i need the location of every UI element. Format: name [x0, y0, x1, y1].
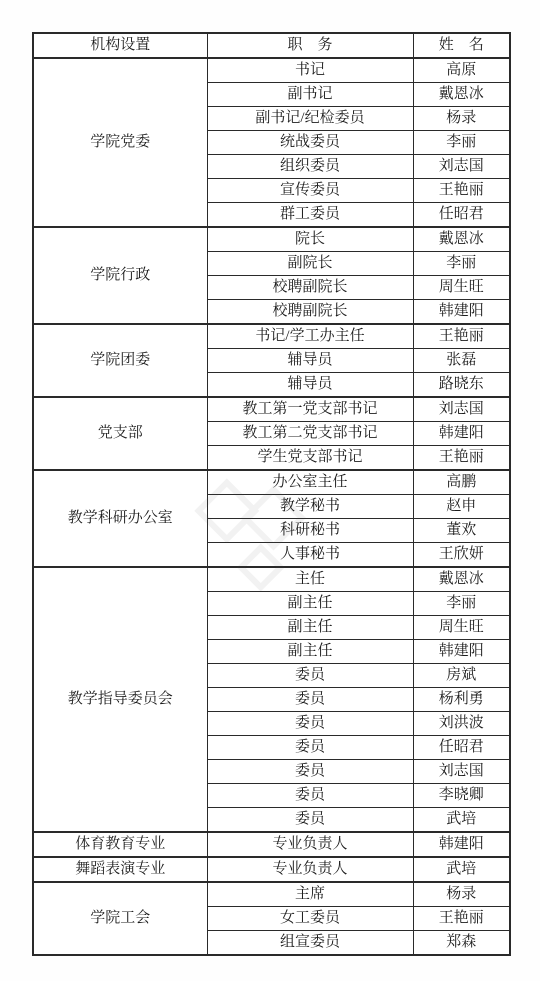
- name-cell: 房斌: [413, 664, 510, 688]
- position-cell: 教工第一党支部书记: [207, 397, 413, 422]
- org-cell: 教学科研办公室: [33, 470, 207, 567]
- position-cell: 组织委员: [207, 155, 413, 179]
- position-cell: 辅导员: [207, 349, 413, 373]
- name-cell: 王艳丽: [413, 179, 510, 203]
- header-name: 姓 名: [413, 33, 510, 58]
- name-cell: 任昭君: [413, 203, 510, 228]
- table-row: 舞蹈表演专业专业负责人武培: [33, 857, 510, 882]
- position-cell: 副主任: [207, 592, 413, 616]
- position-cell: 组宣委员: [207, 931, 413, 956]
- position-cell: 委员: [207, 784, 413, 808]
- header-position: 职 务: [207, 33, 413, 58]
- name-cell: 刘志国: [413, 760, 510, 784]
- name-cell: 武培: [413, 857, 510, 882]
- position-cell: 科研秘书: [207, 519, 413, 543]
- name-cell: 李丽: [413, 592, 510, 616]
- name-cell: 杨录: [413, 107, 510, 131]
- name-cell: 高原: [413, 58, 510, 83]
- table-row: 教学科研办公室办公室主任高鹏: [33, 470, 510, 495]
- position-cell: 委员: [207, 712, 413, 736]
- org-cell: 学院工会: [33, 882, 207, 955]
- name-cell: 董欢: [413, 519, 510, 543]
- name-cell: 戴恩冰: [413, 83, 510, 107]
- name-cell: 周生旺: [413, 276, 510, 300]
- name-cell: 李丽: [413, 252, 510, 276]
- name-cell: 杨录: [413, 882, 510, 907]
- position-cell: 副主任: [207, 640, 413, 664]
- name-cell: 李丽: [413, 131, 510, 155]
- position-cell: 副书记/纪检委员: [207, 107, 413, 131]
- name-cell: 王欣妍: [413, 543, 510, 568]
- header-org-setup: 机构设置: [33, 33, 207, 58]
- position-cell: 群工委员: [207, 203, 413, 228]
- table-row: 学院团委书记/学工办主任王艳丽: [33, 324, 510, 349]
- name-cell: 郑森: [413, 931, 510, 956]
- position-cell: 统战委员: [207, 131, 413, 155]
- position-cell: 委员: [207, 808, 413, 833]
- position-cell: 学生党支部书记: [207, 446, 413, 471]
- name-cell: 戴恩冰: [413, 567, 510, 592]
- position-cell: 教学秘书: [207, 495, 413, 519]
- position-cell: 院长: [207, 227, 413, 252]
- position-cell: 主席: [207, 882, 413, 907]
- org-cell: 党支部: [33, 397, 207, 470]
- name-cell: 武培: [413, 808, 510, 833]
- position-cell: 委员: [207, 736, 413, 760]
- table-header-row: 机构设置 职 务 姓 名: [33, 33, 510, 58]
- org-cell: 体育教育专业: [33, 832, 207, 857]
- position-cell: 人事秘书: [207, 543, 413, 568]
- org-cell: 学院团委: [33, 324, 207, 397]
- name-cell: 王艳丽: [413, 446, 510, 471]
- name-cell: 韩建阳: [413, 640, 510, 664]
- org-cell: 学院行政: [33, 227, 207, 324]
- name-cell: 赵申: [413, 495, 510, 519]
- name-cell: 路晓东: [413, 373, 510, 398]
- name-cell: 戴恩冰: [413, 227, 510, 252]
- position-cell: 校聘副院长: [207, 276, 413, 300]
- position-cell: 委员: [207, 688, 413, 712]
- position-cell: 副院长: [207, 252, 413, 276]
- position-cell: 辅导员: [207, 373, 413, 398]
- name-cell: 王艳丽: [413, 907, 510, 931]
- name-cell: 韩建阳: [413, 422, 510, 446]
- position-cell: 专业负责人: [207, 857, 413, 882]
- position-cell: 教工第二党支部书记: [207, 422, 413, 446]
- table-row: 党支部教工第一党支部书记刘志国: [33, 397, 510, 422]
- name-cell: 周生旺: [413, 616, 510, 640]
- position-cell: 主任: [207, 567, 413, 592]
- table-row: 学院行政院长戴恩冰: [33, 227, 510, 252]
- org-structure-table: 机构设置 职 务 姓 名 学院党委书记高原副书记戴恩冰副书记/纪检委员杨录统战委…: [32, 32, 511, 956]
- name-cell: 张磊: [413, 349, 510, 373]
- position-cell: 专业负责人: [207, 832, 413, 857]
- position-cell: 校聘副院长: [207, 300, 413, 325]
- org-structure-table-container: 机构设置 职 务 姓 名 学院党委书记高原副书记戴恩冰副书记/纪检委员杨录统战委…: [32, 32, 509, 956]
- name-cell: 杨利勇: [413, 688, 510, 712]
- org-table-body: 学院党委书记高原副书记戴恩冰副书记/纪检委员杨录统战委员李丽组织委员刘志国宣传委…: [33, 58, 510, 955]
- table-row: 学院工会主席杨录: [33, 882, 510, 907]
- position-cell: 女工委员: [207, 907, 413, 931]
- name-cell: 李晓卿: [413, 784, 510, 808]
- position-cell: 书记/学工办主任: [207, 324, 413, 349]
- name-cell: 韩建阳: [413, 832, 510, 857]
- name-cell: 韩建阳: [413, 300, 510, 325]
- position-cell: 办公室主任: [207, 470, 413, 495]
- position-cell: 委员: [207, 760, 413, 784]
- org-cell: 学院党委: [33, 58, 207, 227]
- position-cell: 宣传委员: [207, 179, 413, 203]
- name-cell: 刘洪波: [413, 712, 510, 736]
- name-cell: 刘志国: [413, 397, 510, 422]
- name-cell: 刘志国: [413, 155, 510, 179]
- name-cell: 王艳丽: [413, 324, 510, 349]
- position-cell: 委员: [207, 664, 413, 688]
- position-cell: 副书记: [207, 83, 413, 107]
- position-cell: 书记: [207, 58, 413, 83]
- name-cell: 高鹏: [413, 470, 510, 495]
- name-cell: 任昭君: [413, 736, 510, 760]
- org-cell: 教学指导委员会: [33, 567, 207, 832]
- table-row: 学院党委书记高原: [33, 58, 510, 83]
- org-cell: 舞蹈表演专业: [33, 857, 207, 882]
- table-row: 教学指导委员会主任戴恩冰: [33, 567, 510, 592]
- position-cell: 副主任: [207, 616, 413, 640]
- table-row: 体育教育专业专业负责人韩建阳: [33, 832, 510, 857]
